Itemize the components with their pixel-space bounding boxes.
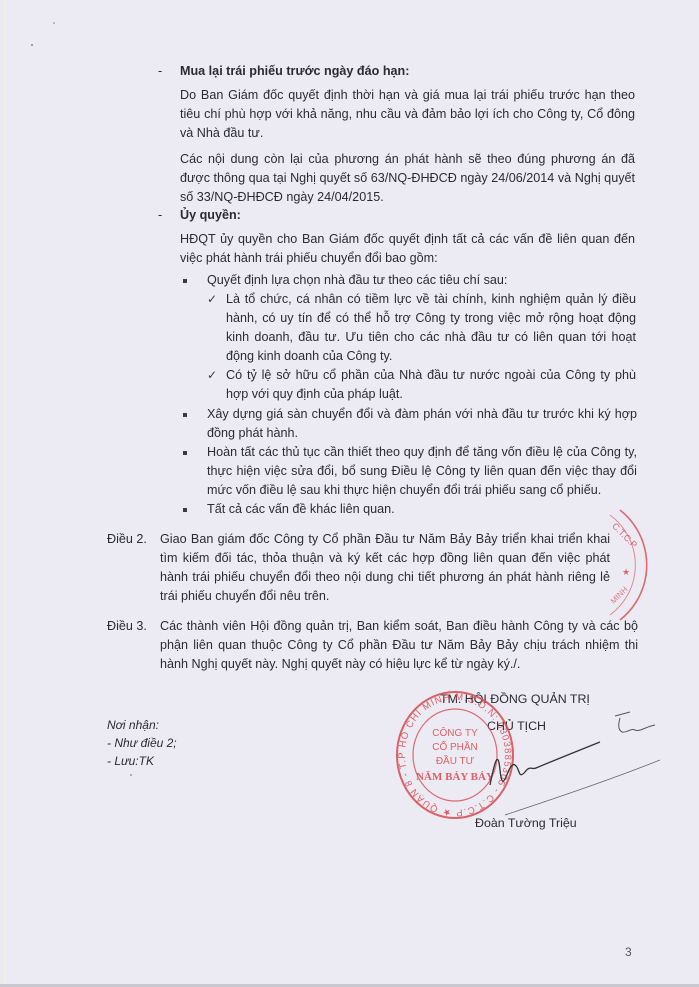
repurchase-paragraph-2: Các nội dung còn lại của phương án phát … — [180, 150, 635, 207]
section-heading-repurchase: Mua lại trái phiếu trước ngày đáo hạn: — [180, 62, 409, 81]
svg-text:MINH: MINH — [609, 585, 630, 606]
scan-speck — [53, 22, 55, 24]
authorization-intro: HĐQT ủy quyền cho Ban Giám đốc quyết địn… — [180, 230, 635, 268]
article-3-text: Các thành viên Hội đồng quản trị, Ban ki… — [160, 617, 638, 674]
authorization-bullet-2: Xây dựng giá sàn chuyển đổi và đàm phán … — [207, 405, 637, 443]
checkmark-icon: ✓ — [207, 366, 217, 385]
section-heading-authorization: Ủy quyền: — [180, 206, 241, 225]
article-2-label: Điều 2. — [107, 530, 147, 549]
dash-marker: - — [158, 62, 162, 81]
page-number: 3 — [625, 945, 632, 959]
recipient-item: - Lưu:TK — [107, 752, 154, 771]
recipients-title: Nơi nhận: — [107, 716, 159, 735]
bullet-icon — [183, 451, 187, 455]
handwritten-signature-icon — [470, 700, 670, 830]
authorization-bullet-3: Hoàn tất các thủ tục cần thiết theo quy … — [207, 443, 637, 500]
svg-text:★: ★ — [622, 567, 630, 577]
document-page: - Mua lại trái phiếu trước ngày đáo hạn:… — [0, 0, 699, 987]
authorization-bullet-4: Tất cả các vấn đề khác liên quan. — [207, 500, 637, 519]
bullet-icon — [183, 508, 187, 512]
bullet-icon — [183, 413, 187, 417]
partial-stamp-icon: C.T.C.P ★ MINH — [600, 505, 699, 625]
article-3-label: Điều 3. — [107, 617, 147, 636]
scan-speck — [130, 774, 132, 776]
authorization-bullet-1: Quyết định lựa chọn nhà đầu tư theo các … — [207, 271, 637, 290]
repurchase-paragraph-1: Do Ban Giám đốc quyết định thời hạn và g… — [180, 86, 635, 143]
recipient-item: - Như điều 2; — [107, 734, 177, 753]
authorization-check-1: Là tổ chức, cá nhân có tiềm lực về tài c… — [226, 290, 636, 366]
authorization-check-2: Có tỷ lệ sở hữu cổ phần của Nhà đầu tư n… — [226, 366, 636, 404]
bullet-icon — [183, 279, 187, 283]
scan-speck — [31, 44, 33, 46]
dash-marker: - — [158, 206, 162, 225]
page-edge — [4, 0, 6, 987]
svg-text:ĐẦU TƯ: ĐẦU TƯ — [436, 754, 475, 767]
article-2-text: Giao Ban giám đốc Công ty Cổ phần Đầu tư… — [160, 530, 610, 606]
signatory-name: Đoàn Tường Triệu — [475, 814, 577, 833]
checkmark-icon: ✓ — [207, 290, 217, 309]
